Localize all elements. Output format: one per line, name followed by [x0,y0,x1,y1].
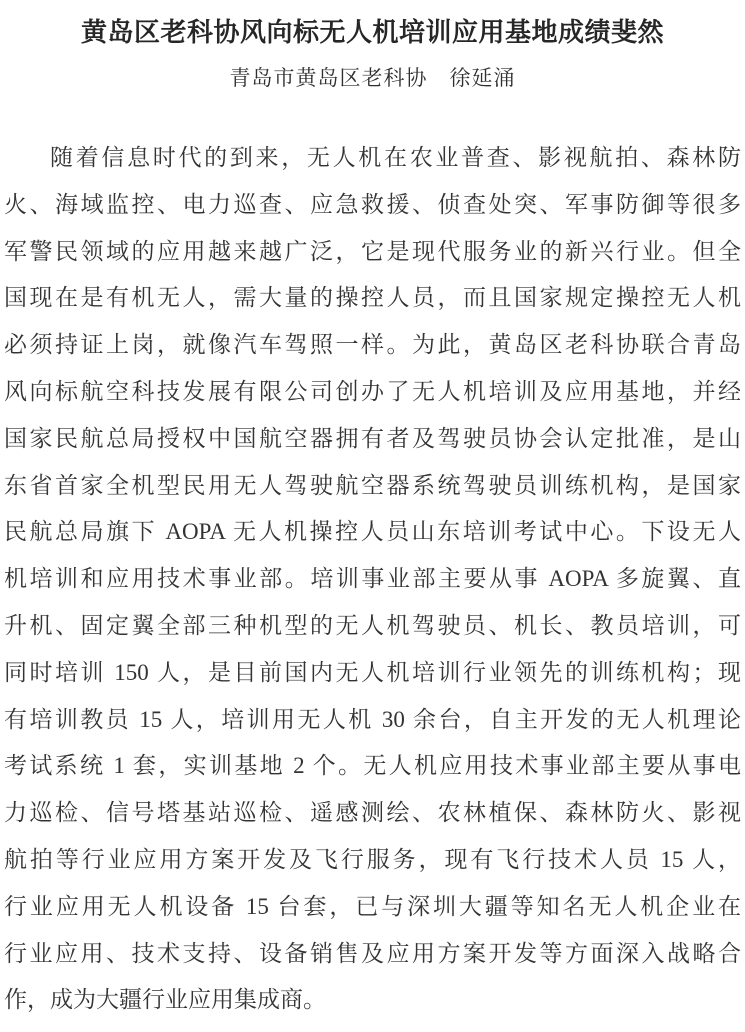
document-title: 黄岛区老科协风向标无人机培训应用基地成绩斐然 [0,0,745,50]
paragraph-line: 考试系统 1 套，实训基地 2 个。无人机应用技术事业部主要从事电 [4,743,741,790]
paragraph-line: 有培训教员 15 人，培训用无人机 30 余台，自主开发的无人机理论 [4,697,741,744]
paragraph-line: 军警民领域的应用越来越广泛，它是现代服务业的新兴行业。但全 [4,229,741,276]
paragraph-line: 行业应用无人机设备 15 台套，已与深圳大疆等知名无人机企业在 [4,884,741,931]
paragraph-line: 风向标航空科技发展有限公司创办了无人机培训及应用基地，并经 [4,369,741,416]
paragraph-line: 机培训和应用技术事业部。培训事业部主要从事 AOPA 多旋翼、直 [4,556,741,603]
paragraph-line: 升机、固定翼全部三种机型的无人机驾驶员、机长、教员培训，可 [4,603,741,650]
paragraph-line: 随着信息时代的到来，无人机在农业普查、影视航拍、森林防 [4,135,741,182]
author-byline: 青岛市黄岛区老科协 徐延涌 [0,64,745,92]
document-page: 黄岛区老科协风向标无人机培训应用基地成绩斐然 青岛市黄岛区老科协 徐延涌 随着信… [0,0,745,1032]
paragraph-line: 必须持证上岗，就像汽车驾照一样。为此，黄岛区老科协联合青岛 [4,322,741,369]
paragraph-line: 东省首家全机型民用无人驾驶航空器系统驾驶员训练机构，是国家 [4,463,741,510]
paragraph-line: 力巡检、信号塔基站巡检、遥感测绘、农林植保、森林防火、影视 [4,790,741,837]
paragraph-line: 行业应用、技术支持、设备销售及应用方案开发等方面深入战略合 [4,931,741,978]
article-body: 随着信息时代的到来，无人机在农业普查、影视航拍、森林防火、海域监控、电力巡查、应… [0,135,745,1024]
paragraph-line: 民航总局旗下 AOPA 无人机操控人员山东培训考试中心。下设无人 [4,509,741,556]
paragraph-line: 国现在是有机无人，需大量的操控人员，而且国家规定操控无人机 [4,275,741,322]
paragraph-line: 作，成为大疆行业应用集成商。 [4,977,741,1024]
paragraph-line: 国家民航总局授权中国航空器拥有者及驾驶员协会认定批准，是山 [4,416,741,463]
paragraph-line: 火、海域监控、电力巡查、应急救援、侦查处突、军事防御等很多 [4,182,741,229]
paragraph-line: 同时培训 150 人，是目前国内无人机培训行业领先的训练机构；现 [4,650,741,697]
paragraph-line: 航拍等行业应用方案开发及飞行服务，现有飞行技术人员 15 人， [4,837,741,884]
